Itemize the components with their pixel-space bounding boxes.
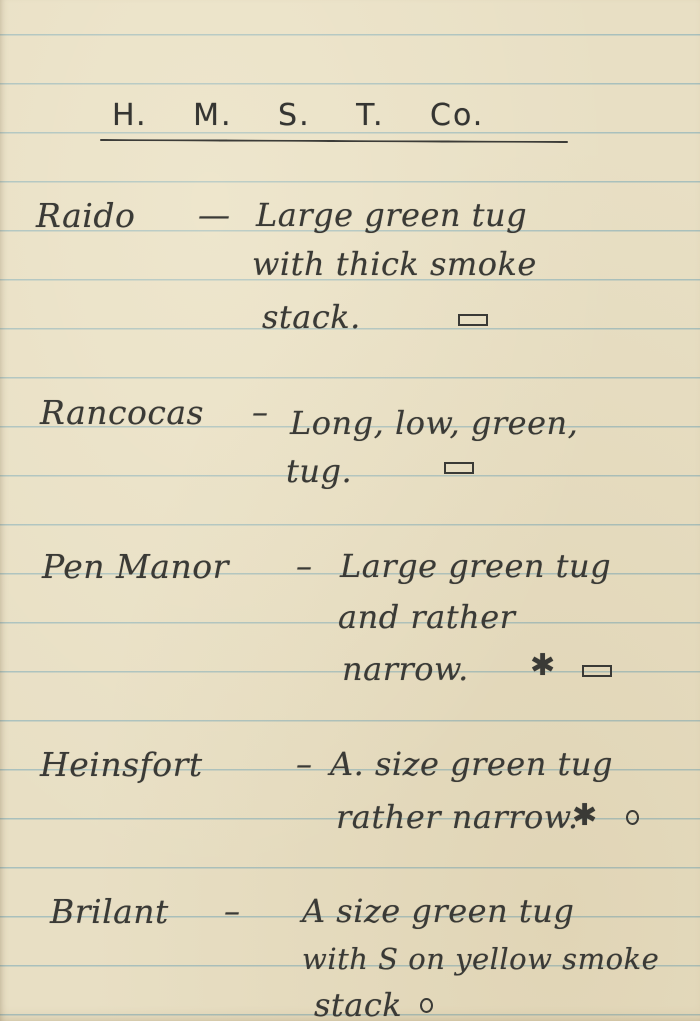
entry-name: Heinsfort [40, 745, 203, 784]
entry-name: Raido [36, 196, 135, 235]
entry-separator: — [198, 196, 231, 234]
rectangle-icon [458, 314, 488, 326]
entry-line: Long, low, green, [290, 404, 578, 442]
entry-separator: – [252, 393, 269, 431]
entry-line: Large green tug [256, 196, 527, 234]
entry-line: narrow. [342, 650, 469, 688]
notebook-page: H. M. S. T. Co. Raido — Large green tug … [0, 0, 700, 1021]
entry-line: A. size green tug [330, 745, 613, 783]
entry-line: stack [314, 986, 402, 1021]
entry-line: with S on yellow smoke [302, 942, 659, 976]
page-title: H. M. S. T. Co. [112, 98, 484, 133]
asterisk-icon: ✱ [572, 798, 598, 833]
circle-icon [420, 998, 433, 1013]
entry-line: Large green tug [340, 547, 611, 585]
asterisk-icon: ✱ [530, 648, 556, 683]
entry-line: A size green tug [302, 892, 574, 930]
entry-name: Brilant [50, 892, 169, 931]
entry-separator: – [296, 745, 313, 783]
entry-name: Rancocas [40, 393, 204, 432]
entry-separator: – [296, 547, 313, 585]
title-underline [100, 139, 568, 143]
entry-separator: – [224, 892, 241, 930]
entry-line: stack. [262, 298, 361, 336]
entry-name: Pen Manor [42, 547, 229, 586]
rectangle-icon [444, 462, 474, 474]
rectangle-icon [582, 665, 612, 677]
entry-line: tug. [286, 452, 352, 490]
circle-icon [626, 810, 639, 825]
entry-line: rather narrow. [336, 798, 579, 836]
entry-line: and rather [338, 598, 515, 636]
entry-line: with thick smoke [252, 245, 537, 283]
